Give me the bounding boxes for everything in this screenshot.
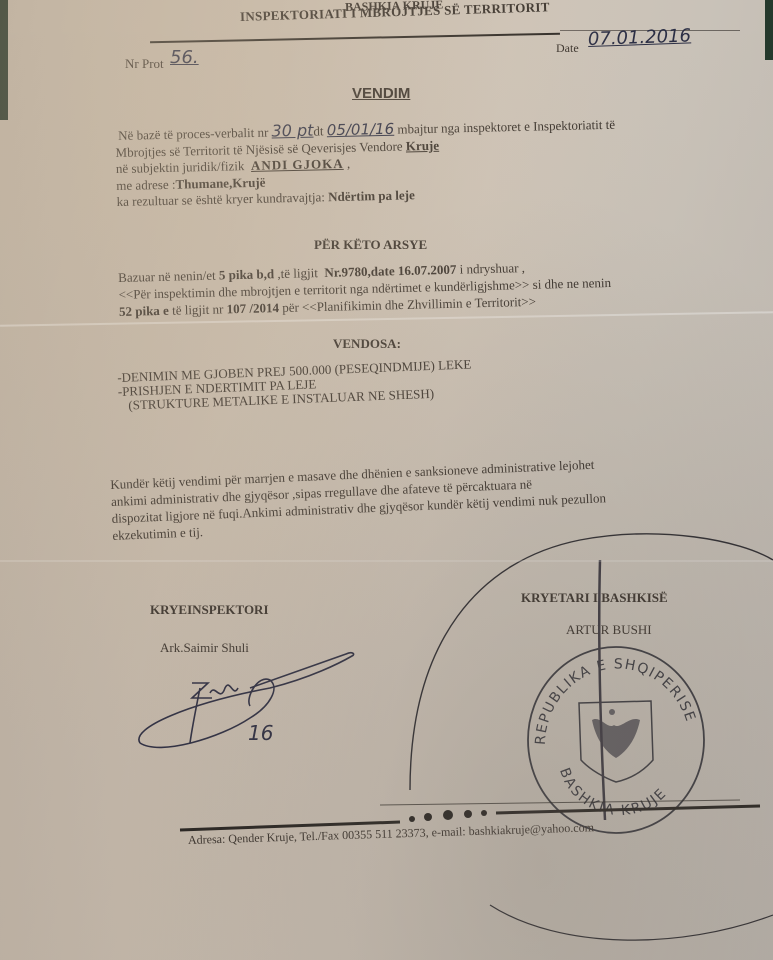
document-page: BASHKIA KRUJE INSPEKTORIATI I MBROJTJES … [0,0,773,960]
official-stamp: REPUBLIKA E SHQIPERISE BASHKIA KRUJE [0,0,773,960]
stamp-outer-arc [490,905,773,940]
paper-fold [0,560,773,562]
signature-stroke [599,560,605,820]
albanian-eagle-icon [592,709,640,758]
